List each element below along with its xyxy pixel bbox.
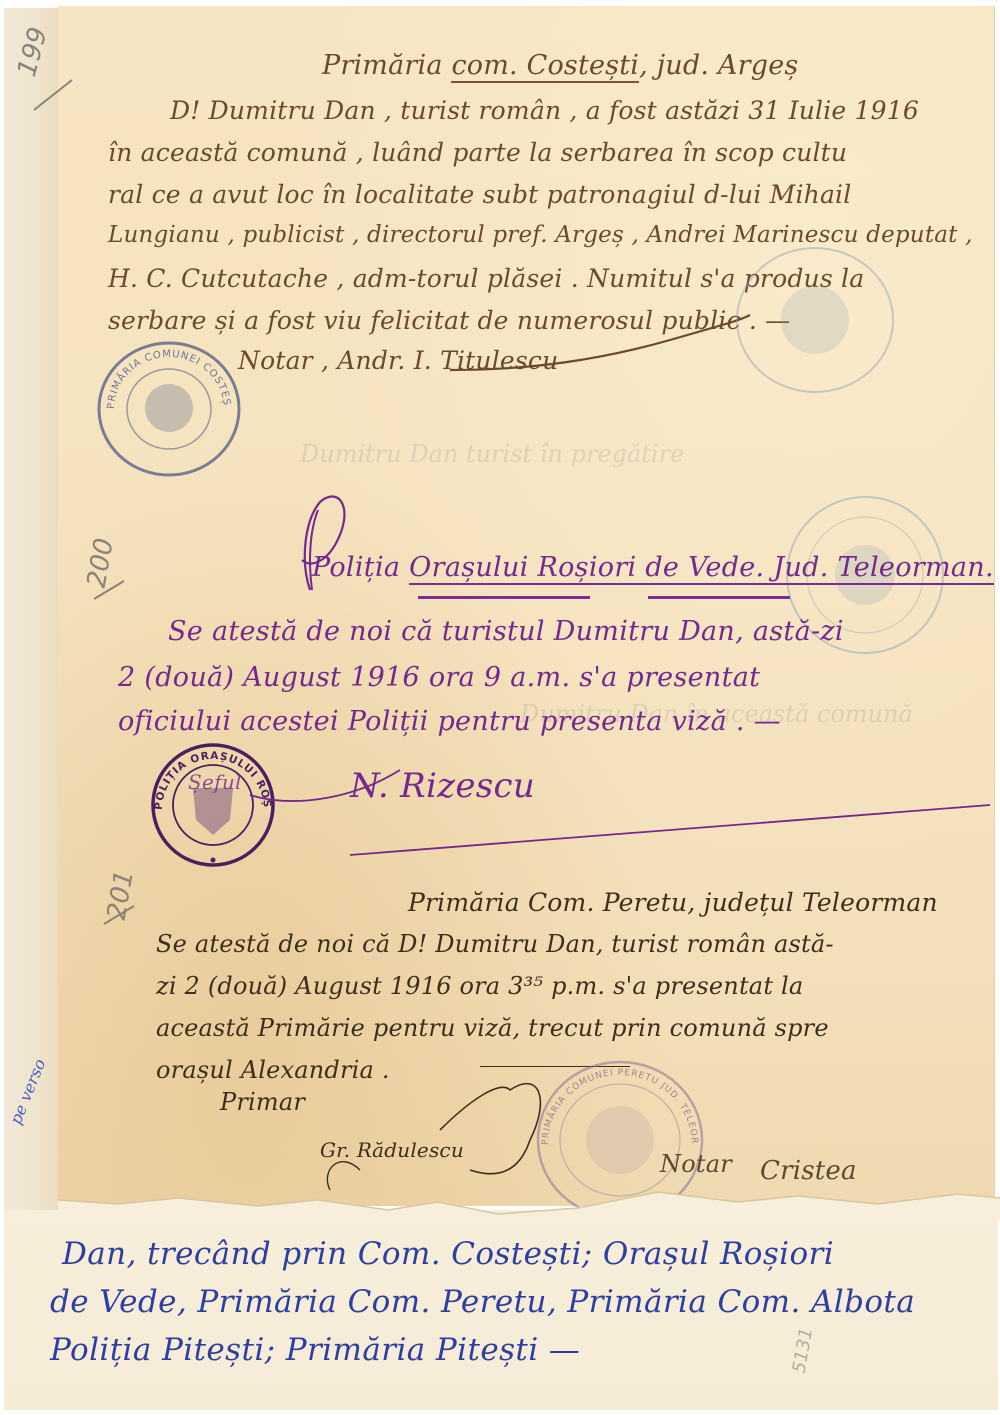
costesti-line-3: ral ce a avut loc în localitate subt pat… [108,180,851,209]
document-sheet: Dumitru Dan turist în pregătire Dumitru … [0,0,1000,1415]
torn-edge [58,1180,1000,1220]
faint-stamp-right-top [730,240,900,400]
folio-slash-201 [100,900,140,930]
peretu-line-1: Se atestă de noi că D! Dumitru Dan, turi… [156,930,834,958]
signature-strokes [240,750,1000,860]
costesti-stamp: PRIMĂRIA COMUNEI COSTEȘTI [94,338,244,480]
heading-rule [418,596,590,599]
heading-text: Poliția [312,552,409,583]
costesti-line-2: în această comună , luând parte la serba… [108,138,847,167]
rosiori-heading: Poliția Orașului Roșiori de Vede. Jud. T… [312,552,994,583]
heading-underlined-text: com. Costești [451,50,639,83]
annotation-line-3: Poliția Pitești; Primăria Pitești — [50,1332,580,1368]
rosiori-signature-title: Șeful [188,770,242,794]
rosiori-line-1: Se atestă de noi că turistul Dumitru Dan… [168,616,844,647]
folio-slash-199 [28,70,78,120]
annotation-line-1: Dan, trecând prin Com. Costești; Orașul … [62,1236,834,1272]
folio-slash-200 [90,575,130,605]
costesti-heading: Primăria com. Costești, jud. Argeș [322,50,798,81]
peretu-mayor-title: Primar [220,1088,305,1116]
costesti-line-1: D! Dumitru Dan , turist român , a fost a… [170,96,919,125]
rosiori-line-3: oficiului acestei Poliții pentru present… [118,706,781,737]
peretu-line-2: zi 2 (două) August 1916 ora 3³⁵ p.m. s'a… [156,972,803,1000]
heading-text: Primăria [322,50,451,81]
heading-text: , jud. Argeș [639,50,798,81]
rosiori-line-2: 2 (două) August 1916 ora 9 a.m. s'a pres… [118,662,760,693]
peretu-notary-title: Notar [660,1150,732,1178]
bleed-through-text: Dumitru Dan turist în pregătire [300,440,684,468]
heading-underlined-text: Orașului Roșiori de Vede. Jud. Teleorman… [409,552,994,585]
peretu-line-3: această Primărie pentru viză, trecut pri… [156,1014,829,1042]
mount-strip [4,8,60,1213]
decorative-capital-p [280,490,360,600]
signature-flourish [440,300,760,380]
heading-rule [648,596,790,599]
annotation-line-2: de Vede, Primăria Com. Peretu, Primăria … [50,1284,915,1320]
peretu-heading: Primăria Com. Peretu, județul Teleorman [408,888,938,917]
